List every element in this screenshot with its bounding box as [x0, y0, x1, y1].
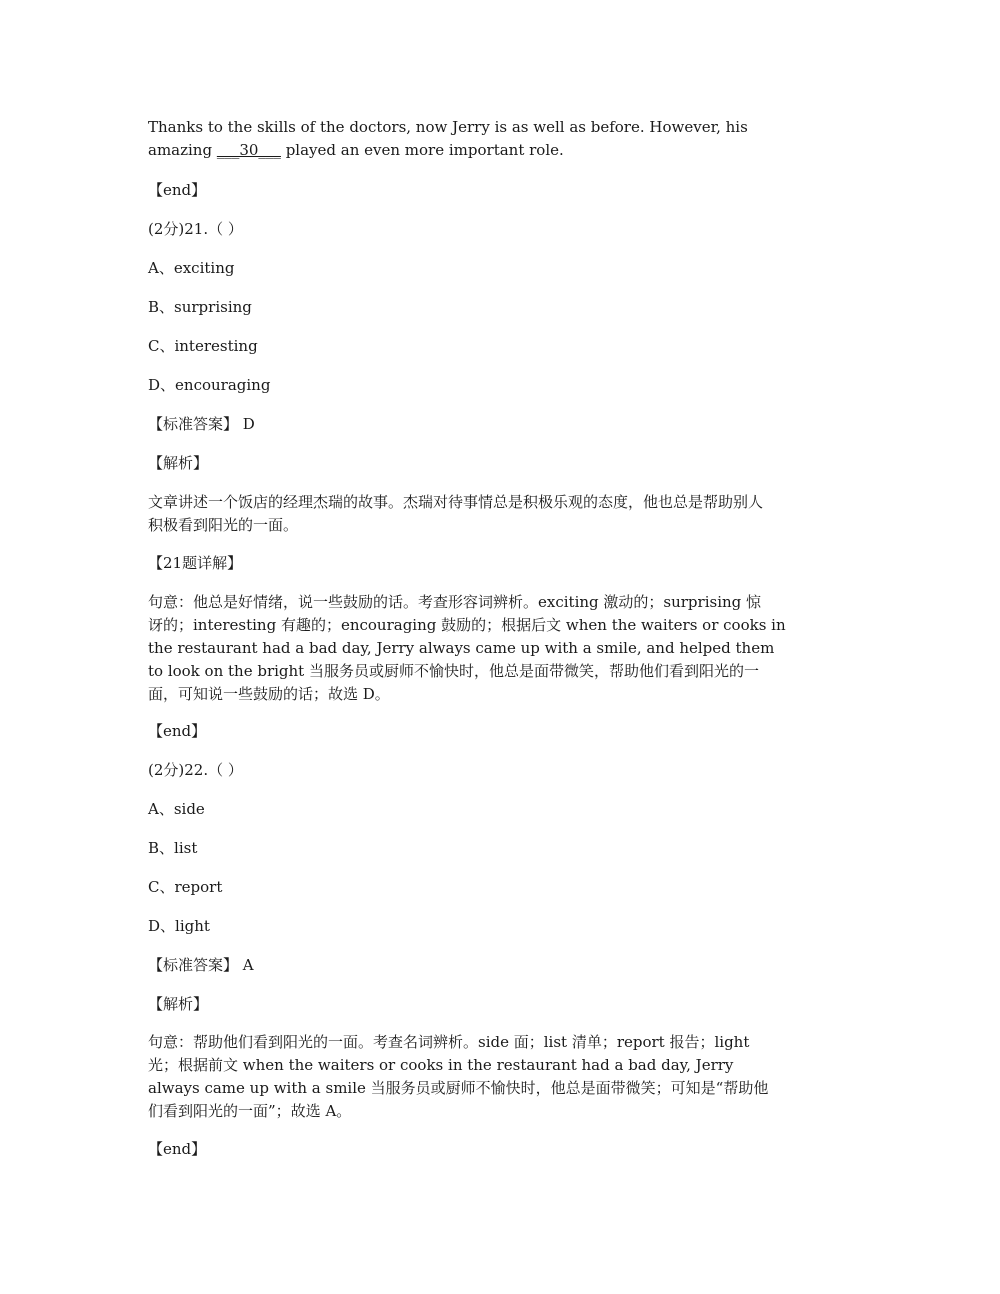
q22-analysis-text: 句意：帮助他们看到阳光的一面。考查名词辨析。side 面；list 清单；rep… [148, 1031, 768, 1123]
q21-analysis-label: 【解析】 [148, 452, 208, 475]
q22-header: (2分)22.（ ） [148, 759, 243, 782]
end-tag: 【end】 [148, 179, 206, 202]
q22-option-c: C、report [148, 876, 222, 899]
end-tag: 【end】 [148, 1138, 206, 1161]
q22-option-d: D、light [148, 915, 210, 938]
q21-option-b: B、surprising [148, 296, 252, 319]
q21-option-a: A、exciting [148, 257, 234, 280]
q21-answer: 【标准答案】 D [148, 413, 255, 436]
end-tag: 【end】 [148, 720, 206, 743]
q21-option-c: C、interesting [148, 335, 258, 358]
q21-detail-label: 【21题详解】 [148, 552, 242, 575]
q22-option-b: B、list [148, 837, 197, 860]
intro-line-2: amazing ___30___ played an even more imp… [148, 139, 748, 162]
blank-30: ___30___ [217, 141, 281, 159]
intro-paragraph: Thanks to the skills of the doctors, now… [148, 116, 748, 162]
q22-answer: 【标准答案】 A [148, 954, 254, 977]
q21-option-d: D、encouraging [148, 374, 270, 397]
q21-detail-text: 句意：他总是好情绪，说一些鼓励的话。考查形容词辨析。exciting 激动的；s… [148, 591, 786, 706]
q21-analysis-text: 文章讲述一个饭店的经理杰瑞的故事。杰瑞对待事情总是积极乐观的态度，他也总是帮助别… [148, 491, 763, 537]
q22-option-a: A、side [148, 798, 205, 821]
intro-line-1: Thanks to the skills of the doctors, now… [148, 116, 748, 139]
q22-analysis-label: 【解析】 [148, 993, 208, 1016]
q21-header: (2分)21.（ ） [148, 218, 243, 241]
